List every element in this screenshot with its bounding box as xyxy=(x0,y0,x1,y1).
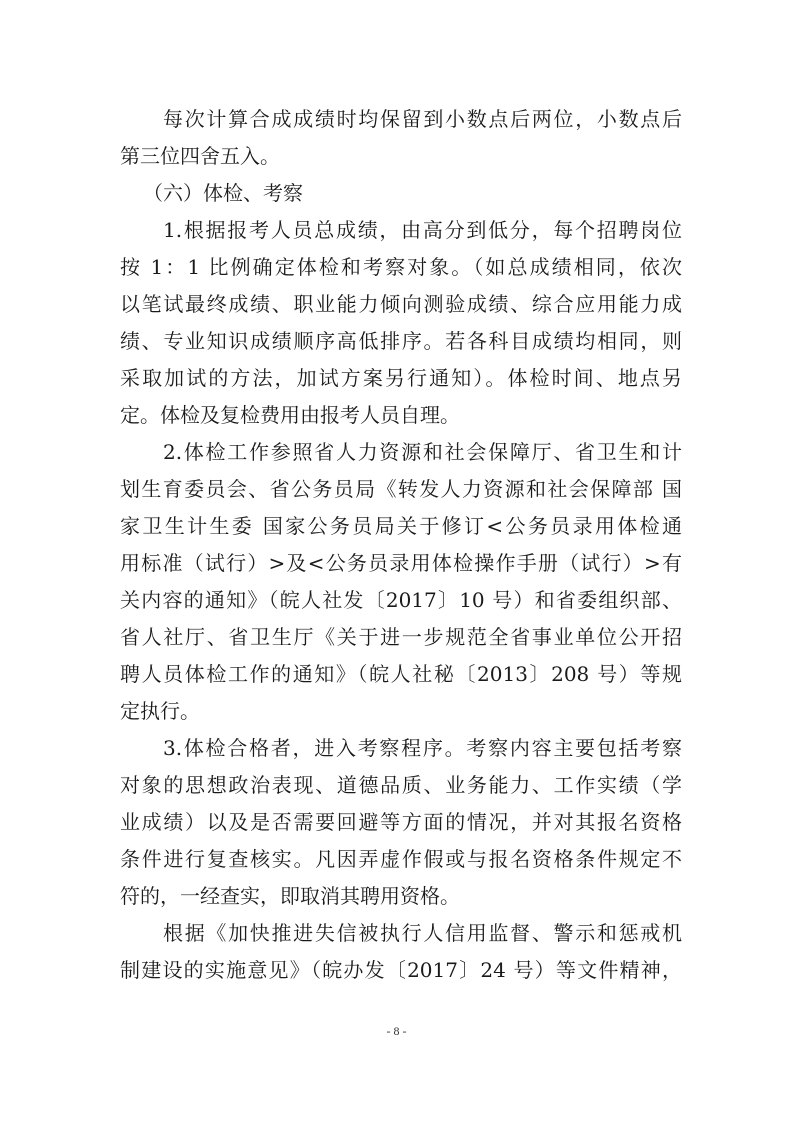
text-line: 省人社厅、省卫生厅《关于进一步规范全省事业单位公开招 xyxy=(120,619,682,656)
text-line: 对象的思想政治表现、道德品质、业务能力、工作实绩（学 xyxy=(120,767,682,804)
text-line: 绩、专业知识成绩顺序高低排序。若各科目成绩均相同，则 xyxy=(120,323,682,360)
text-line: 1.根据报考人员总成绩，由高分到低分，每个招聘岗位 xyxy=(163,212,682,249)
document-page: 每次计算合成成绩时均保留到小数点后两位，小数点后第三位四舍五入。（六）体检、考察… xyxy=(0,0,793,1122)
text-line: 3.体检合格者，进入考察程序。考察内容主要包括考察 xyxy=(163,730,682,767)
text-line: 每次计算合成成绩时均保留到小数点后两位，小数点后 xyxy=(163,101,682,138)
text-line: 采取加试的方法，加试方案另行通知）。体检时间、地点另 xyxy=(120,360,682,397)
text-line: 聘人员体检工作的通知》（皖人社秘〔2013〕208 号）等规 xyxy=(120,656,682,693)
text-line: 制建设的实施意见》（皖办发〔2017〕24 号）等文件精神， xyxy=(120,952,682,989)
text-line: 符的，一经查实，即取消其聘用资格。 xyxy=(120,878,682,915)
text-line: 条件进行复查核实。凡因弄虚作假或与报名资格条件规定不 xyxy=(120,841,682,878)
text-line: 业成绩）以及是否需要回避等方面的情况，并对其报名资格 xyxy=(120,804,682,841)
text-line: 定。体检及复检费用由报考人员自理。 xyxy=(120,397,682,434)
text-line: 关内容的通知》（皖人社发〔2017〕10 号）和省委组织部、 xyxy=(120,582,682,619)
text-line: 定执行。 xyxy=(120,693,682,730)
text-line: 根据《加快推进失信被执行人信用监督、警示和惩戒机 xyxy=(163,915,682,952)
text-line: 第三位四舍五入。 xyxy=(120,138,682,175)
page-number: - 8 - xyxy=(0,1024,793,1039)
text-line: 用标准（试行）>及<公务员录用体检操作手册（试行）>有 xyxy=(120,545,682,582)
text-line: 按 1：1 比例确定体检和考察对象。（如总成绩相同，依次 xyxy=(120,249,682,286)
text-line: 以笔试最终成绩、职业能力倾向测验成绩、综合应用能力成 xyxy=(120,286,682,323)
text-line: 2.体检工作参照省人力资源和社会保障厅、省卫生和计 xyxy=(163,434,682,471)
text-line: 划生育委员会、省公务员局《转发人力资源和社会保障部 国 xyxy=(120,471,682,508)
section-heading: （六）体检、考察 xyxy=(143,175,443,212)
text-line: 家卫生计生委 国家公务员局关于修订<公务员录用体检通 xyxy=(120,508,682,545)
